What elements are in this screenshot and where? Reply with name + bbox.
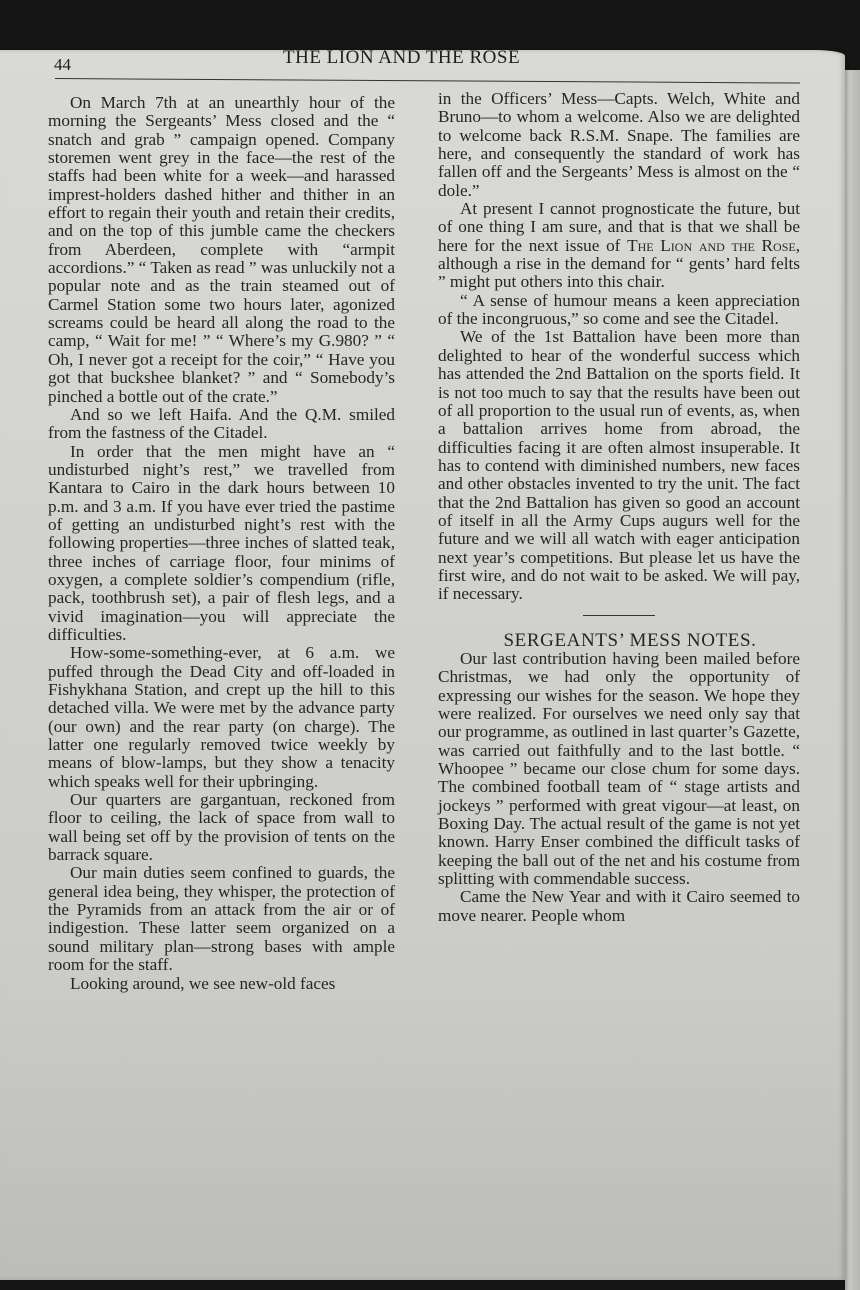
paragraph: How-some-something-ever, at 6 a.m. we pu…	[48, 644, 395, 791]
paragraph: Our last contribution having been mailed…	[438, 650, 800, 888]
page-number: 44	[54, 55, 71, 75]
paragraph: “ A sense of humour means a keen appreci…	[438, 292, 800, 329]
paragraph: Our quarters are gargantuan, reckoned fr…	[48, 791, 395, 864]
magazine-title-smallcaps: The Lion and the Rose	[627, 236, 796, 255]
paragraph: Came the New Year and with it Cairo seem…	[438, 888, 800, 925]
page-edge	[845, 70, 860, 1290]
paragraph: At present I cannot prognosticate the fu…	[438, 200, 800, 292]
right-column: in the Officers’ Mess—Capts. Welch, Whit…	[438, 90, 800, 925]
paragraph-continued: in the Officers’ Mess—Capts. Welch, Whit…	[438, 90, 800, 200]
paragraph: On March 7th at an unearthly hour of the…	[48, 94, 395, 406]
running-title: THE LION AND THE ROSE	[283, 47, 520, 69]
paragraph: We of the 1st Battalion have been more t…	[438, 328, 800, 603]
paragraph: And so we left Haifa. And the Q.M. smile…	[48, 406, 395, 443]
paragraph: Looking around, we see new-old faces	[48, 975, 395, 993]
paragraph: In order that the men might have an “ un…	[48, 443, 395, 645]
section-heading: SERGEANTS’ MESS NOTES.	[438, 632, 800, 650]
section-divider	[583, 615, 655, 616]
paragraph: Our main duties seem confined to guards,…	[48, 864, 395, 974]
left-column: On March 7th at an unearthly hour of the…	[48, 94, 395, 993]
